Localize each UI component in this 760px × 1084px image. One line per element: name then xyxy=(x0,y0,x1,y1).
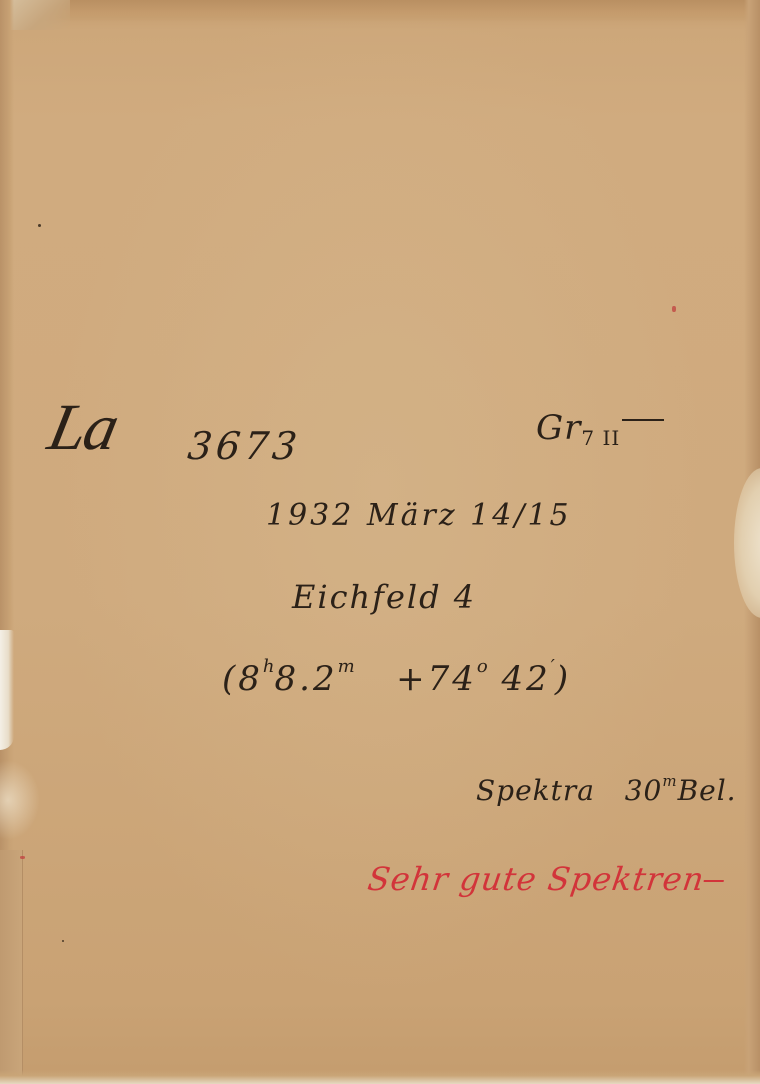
dec-degrees-unit: o xyxy=(477,656,488,677)
ink-speck xyxy=(38,224,41,227)
ra-hours-unit: h xyxy=(263,656,275,677)
coords-open-paren: ( xyxy=(222,659,238,699)
red-ink-speck xyxy=(672,306,676,312)
dec-degrees: +74 xyxy=(396,659,477,699)
left-edge-tear xyxy=(0,630,14,750)
exposure-suffix: Bel. xyxy=(678,774,737,807)
exposure-label: Spektra xyxy=(476,774,595,807)
ra-minutes: 8.2 xyxy=(275,659,338,699)
plate-code-main: Gr xyxy=(536,408,581,448)
exposure-unit: m xyxy=(662,772,677,790)
observation-date: 1932 März 14/15 xyxy=(266,498,572,533)
thumb-notch-cutout xyxy=(734,468,760,618)
plate-code: Gr7 II xyxy=(536,408,664,450)
catalog-prefix: La xyxy=(42,390,124,466)
exposure-note: Spektra 30mBel. xyxy=(476,772,737,807)
plate-code-sub: 7 II xyxy=(581,426,620,450)
left-seam-strip xyxy=(0,850,23,1084)
remark-tail-stroke xyxy=(704,880,724,882)
plate-envelope: La 3673 Gr7 II 1932 März 14/15 Eichfeld … xyxy=(0,0,760,1084)
ink-speck xyxy=(62,940,64,942)
top-flap-edge xyxy=(0,0,760,22)
quality-remark-text: Sehr gute Spektren xyxy=(365,860,707,898)
coords-close-paren: ) xyxy=(555,659,571,699)
red-ink-speck xyxy=(20,856,25,859)
bottom-edge xyxy=(0,1070,760,1084)
ra-hours: 8 xyxy=(238,659,263,699)
coordinates: (8h8.2m +74o 42′) xyxy=(222,656,571,699)
plate-code-overline xyxy=(622,419,664,421)
field-name: Eichfeld 4 xyxy=(292,578,476,616)
exposure-value: 30 xyxy=(625,774,663,807)
ra-minutes-unit: m xyxy=(338,656,355,677)
quality-remark: Sehr gute Spektren xyxy=(365,860,727,898)
dec-minutes: 42 xyxy=(502,659,551,699)
left-worn-patch xyxy=(0,760,40,840)
catalog-number: 3673 xyxy=(186,424,303,468)
